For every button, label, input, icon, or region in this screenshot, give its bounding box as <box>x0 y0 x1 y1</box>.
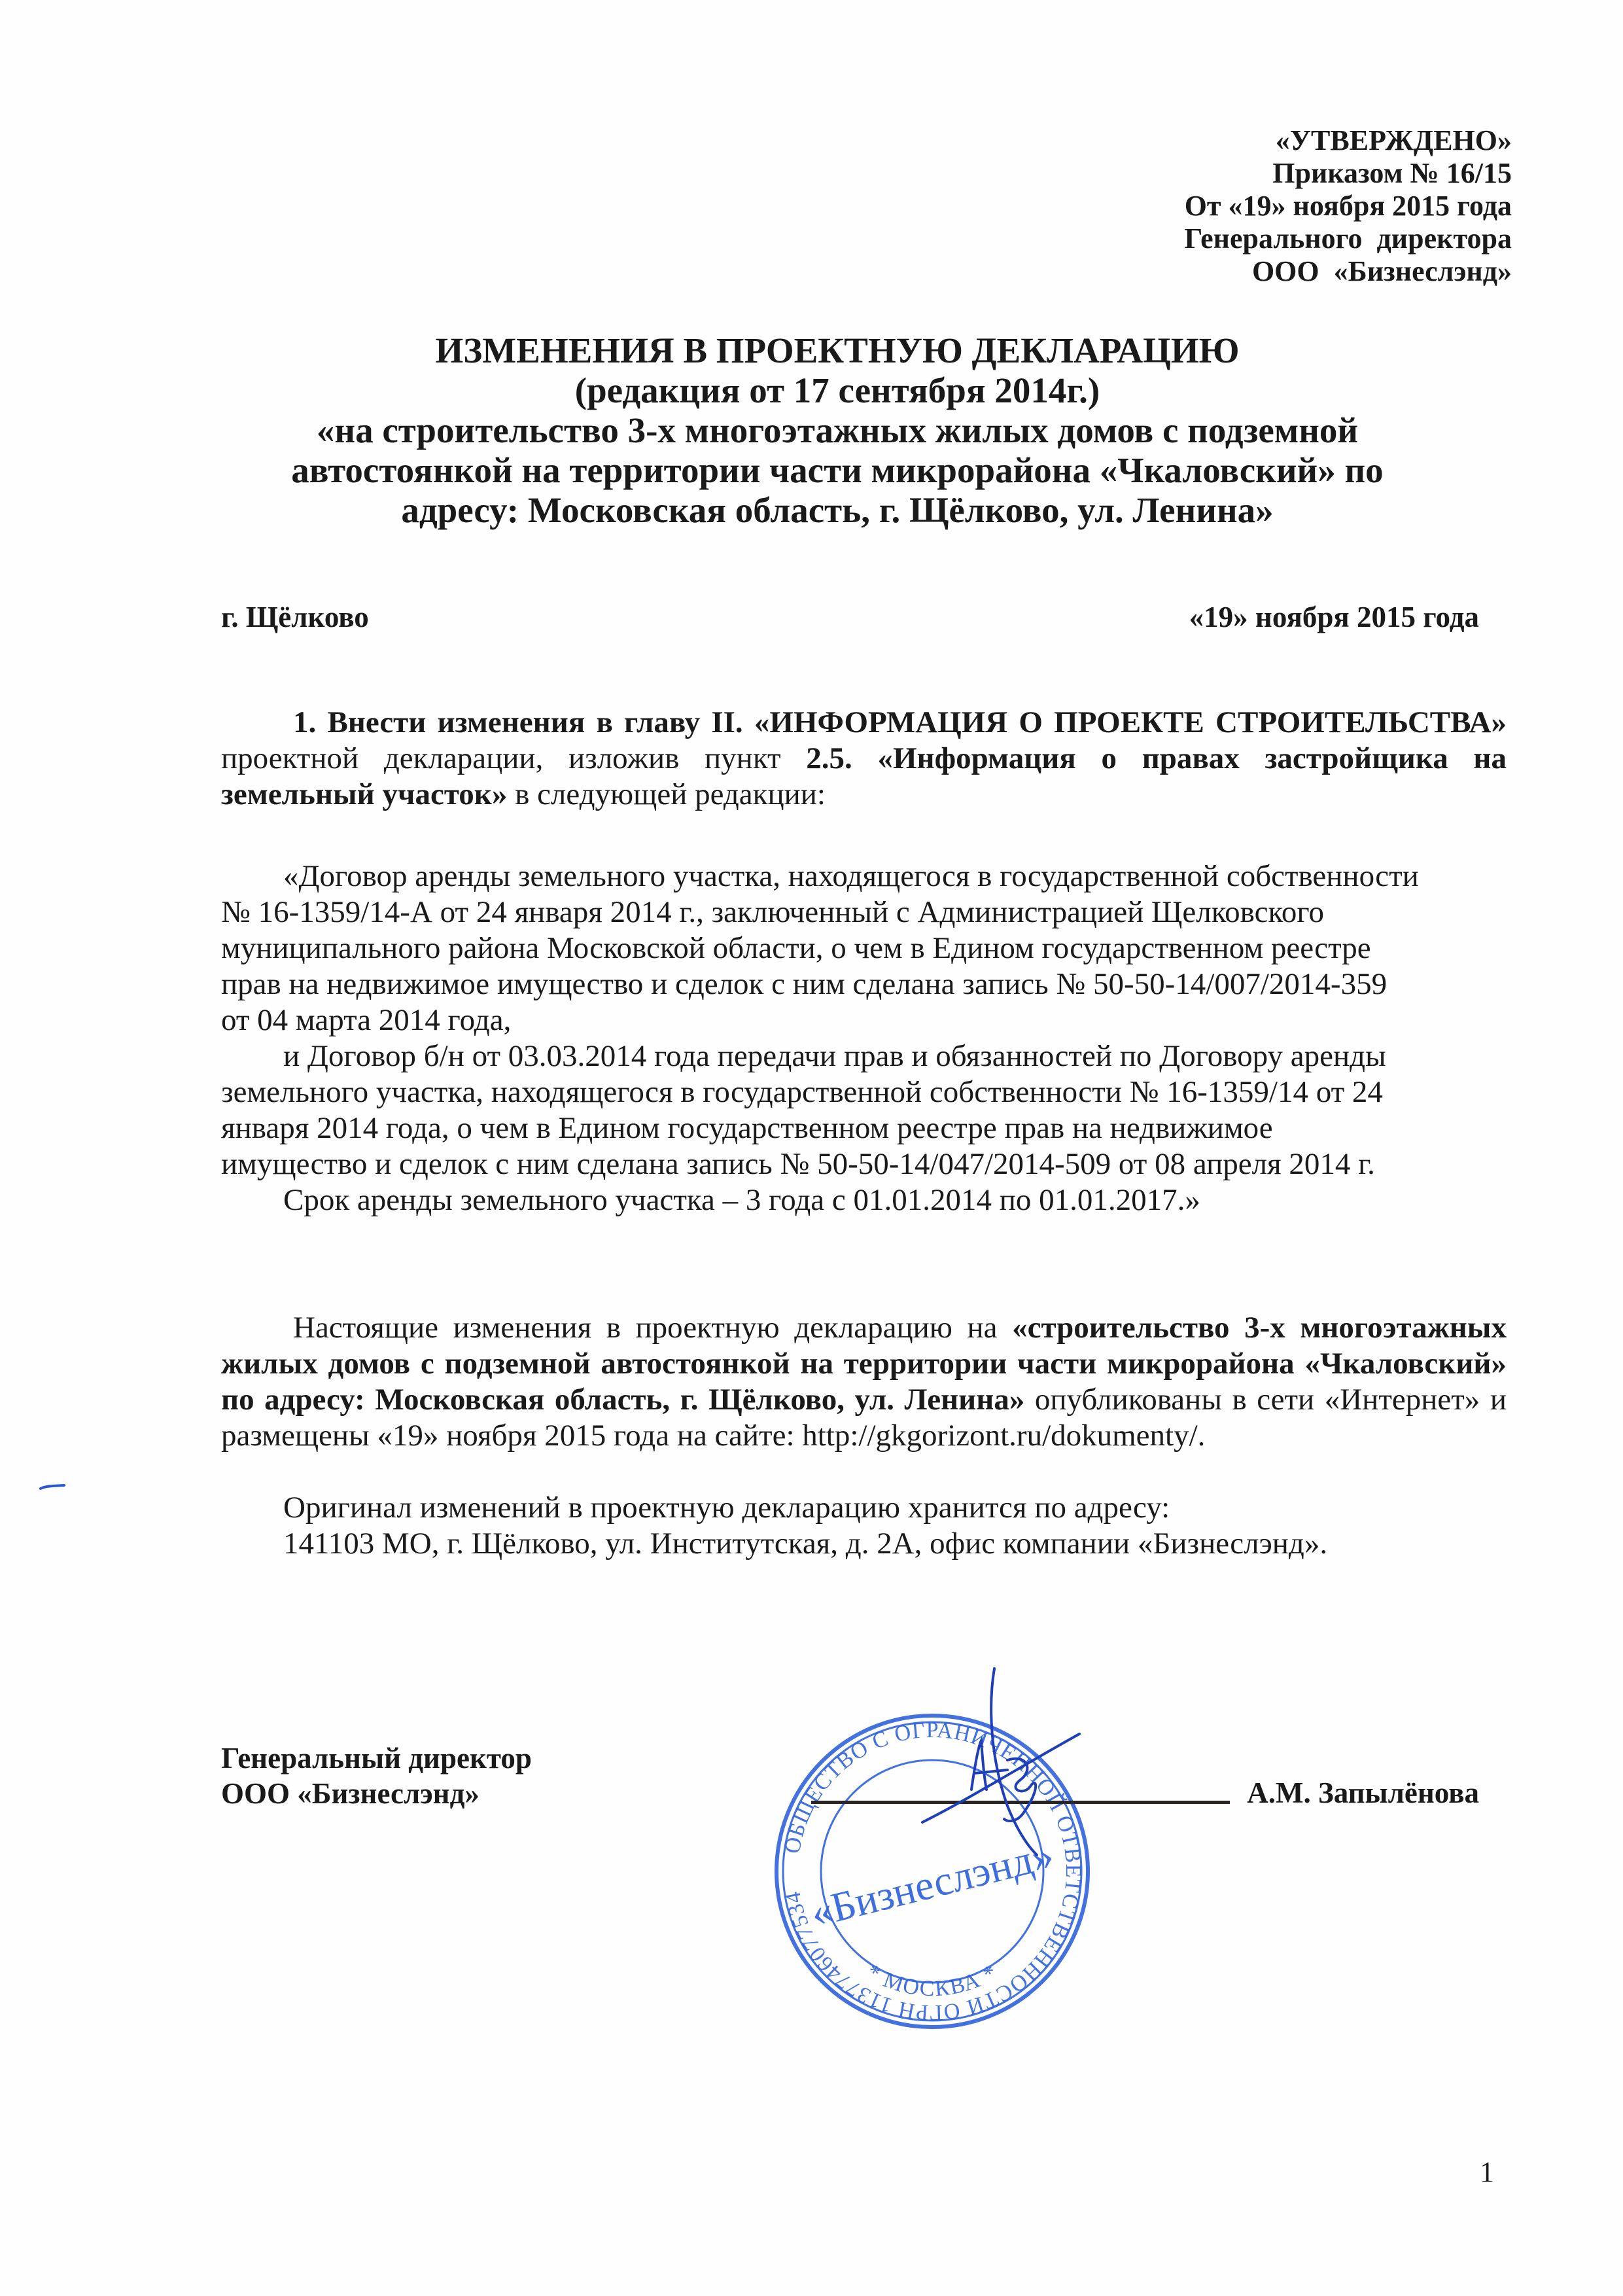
document-page: «УТВЕРЖДЕНО» Приказом № 16/15 От «19» но… <box>0 0 1623 2296</box>
signatory-position: Генеральный директор <box>221 1740 532 1776</box>
handwritten-signature-icon <box>909 1655 1106 1865</box>
document-date: «19» ноября 2015 года <box>1189 600 1479 634</box>
quote-line: муниципального района Московской области… <box>221 930 1507 966</box>
title-line-1: ИЗМЕНЕНИЯ В ПРОЕКТНУЮ ДЕКЛАРАЦИЮ <box>196 330 1478 370</box>
title-line-2: (редакция от 17 сентября 2014г.) <box>196 370 1478 410</box>
approval-block: «УТВЕРЖДЕНО» Приказом № 16/15 От «19» но… <box>923 124 1512 288</box>
title-line-5: адресу: Московская область, г. Щёлково, … <box>196 490 1478 530</box>
approval-heading: «УТВЕРЖДЕНО» <box>923 124 1512 157</box>
signatory-block: Генеральный директор ООО «Бизнеслэнд» <box>221 1740 532 1811</box>
place-date-row: г. Щёлково «19» ноября 2015 года <box>221 600 1479 634</box>
item-1-text-b: в следующей редакции: <box>507 777 826 811</box>
original-location: Оригинал изменений в проектную деклараци… <box>283 1490 1327 1562</box>
page-number: 1 <box>1480 2156 1494 2189</box>
item-1-intro: 1. Внести изменения в главу II. «ИНФОРМА… <box>293 705 1507 739</box>
quote-line: и Договор б/н от 03.03.2014 года передач… <box>221 1038 1507 1074</box>
publication-url-suffix: . <box>1198 1419 1206 1453</box>
title-line-4: автостоянкой на территории части микрора… <box>196 450 1478 490</box>
approval-order-number: Приказом № 16/15 <box>923 157 1512 190</box>
ink-mark-icon <box>39 1484 65 1491</box>
item-1-paragraph: 1. Внести изменения в главу II. «ИНФОРМА… <box>221 705 1507 813</box>
document-place: г. Щёлково <box>221 600 369 634</box>
publication-paragraph: Настоящие изменения в проектную декларац… <box>221 1310 1507 1454</box>
new-wording-block: «Договор аренды земельного участка, нахо… <box>221 858 1507 1218</box>
original-line-2: 141103 МО, г. Щёлково, ул. Институтская,… <box>283 1526 1327 1562</box>
publication-url-link[interactable]: http://gkgorizont.ru/dokumenty/ <box>802 1419 1197 1453</box>
signatory-company: ООО «Бизнеслэнд» <box>221 1776 532 1811</box>
original-line-1: Оригинал изменений в проектную деклараци… <box>283 1490 1327 1526</box>
quote-line: № 16-1359/14-А от 24 января 2014 г., зак… <box>221 894 1507 930</box>
quote-line: января 2014 года, о чем в Едином государ… <box>221 1110 1507 1146</box>
quote-line: прав на недвижимое имущество и сделок с … <box>221 966 1507 1002</box>
approval-date: От «19» ноября 2015 года <box>923 190 1512 222</box>
approval-company: ООО «Бизнеслэнд» <box>923 255 1512 288</box>
item-1-text-a: проектной декларации, изложив пункт <box>221 741 806 775</box>
publication-text-a: Настоящие изменения в проектную декларац… <box>293 1311 1012 1345</box>
quote-line: от 04 марта 2014 года, <box>221 1002 1507 1038</box>
signatory-name: А.М. Запылёнова <box>1247 1775 1479 1810</box>
approval-position: Генерального директора <box>923 222 1512 255</box>
quote-line: Срок аренды земельного участка – 3 года … <box>221 1182 1507 1218</box>
document-title: ИЗМЕНЕНИЯ В ПРОЕКТНУЮ ДЕКЛАРАЦИЮ (редакц… <box>196 330 1478 530</box>
quote-line: земельного участка, находящегося в госуд… <box>221 1074 1507 1110</box>
quote-line: имущество и сделок с ним сделана запись … <box>221 1146 1507 1182</box>
title-line-3: «на строительство 3-х многоэтажных жилых… <box>196 410 1478 450</box>
quote-line: «Договор аренды земельного участка, нахо… <box>221 858 1507 894</box>
